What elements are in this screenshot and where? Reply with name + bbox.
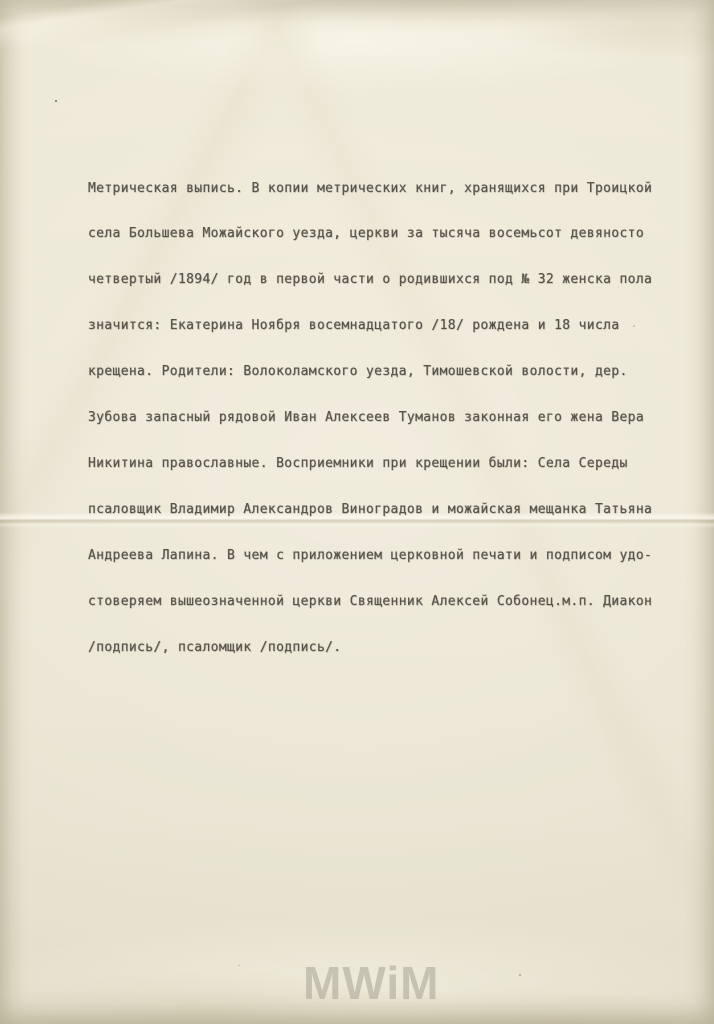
document-text-line: Зубова запасный рядовой Иван Алексеев Ту… (88, 410, 678, 425)
document-text-line: стоверяем вышеозначенной церкви Священни… (88, 594, 678, 609)
document-text-line: Никитина православные. Восприемники при … (88, 456, 678, 471)
paper-speck (519, 974, 521, 976)
document-text-line: крещена. Родители: Волоколамского уезда,… (88, 364, 678, 379)
document-text-line: Метрическая выпись. В копии метрических … (88, 181, 678, 196)
typewritten-text-block: Метрическая выпись. В копии метрических … (88, 150, 678, 685)
document-text-line: четвертый /1894/ год в первой части о ро… (88, 272, 678, 287)
document-text-line: значится: Екатерина Ноября восемнадцатог… (88, 318, 678, 333)
paper-speck (238, 965, 240, 966)
document-text-line: села Большева Можайского уезда, церкви з… (88, 226, 678, 241)
watermark: MWiM (303, 956, 439, 1010)
document-text-line: Андреева Лапина. В чем с приложением цер… (88, 548, 678, 563)
paper-speck (55, 100, 57, 102)
document-text-line: /подпись/, псаломщик /подпись/. (88, 640, 678, 655)
scanned-document-page: Метрическая выпись. В копии метрических … (0, 0, 714, 1024)
document-text-line: псаловщик Владимир Александров Виноградо… (88, 502, 678, 517)
